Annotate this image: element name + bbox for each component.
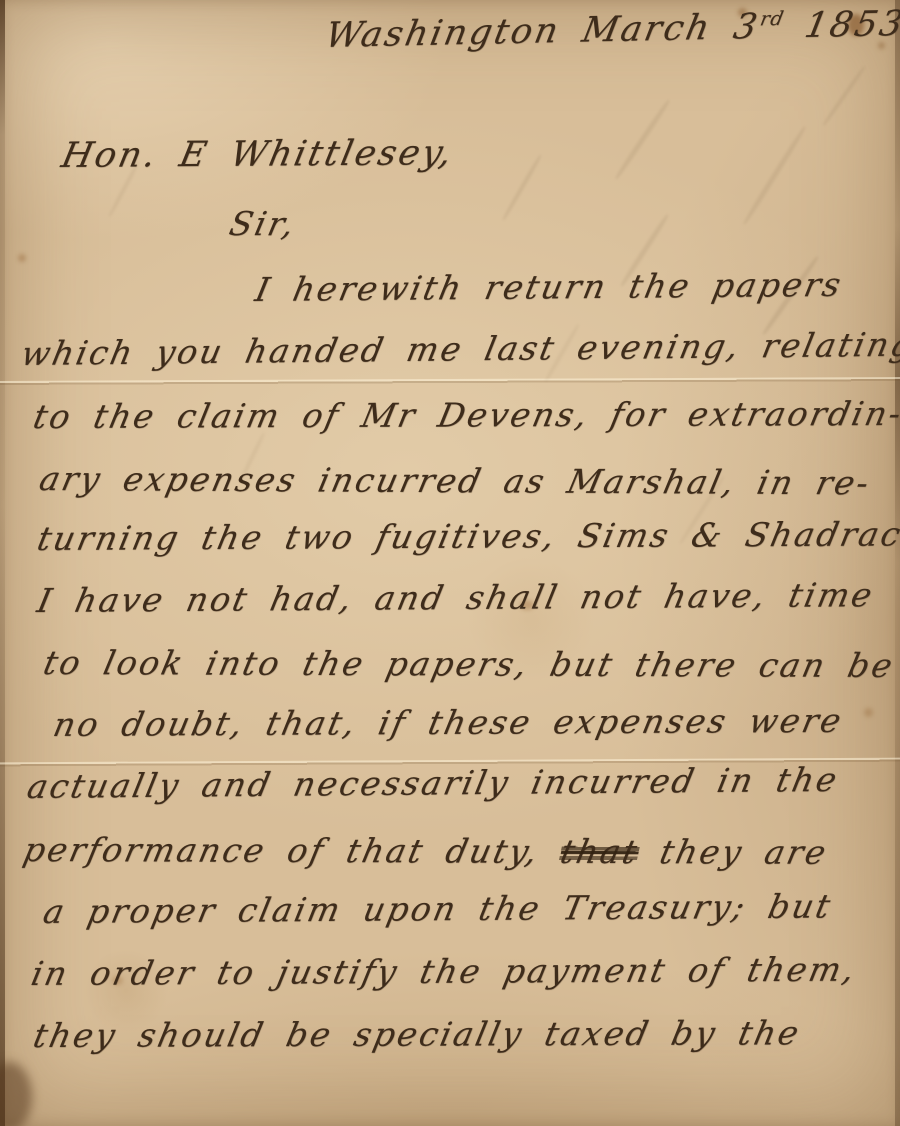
body-text: performance of that duty, bbox=[20, 830, 565, 871]
recipient-line: Hon. E Whittlesey, bbox=[58, 133, 458, 176]
body-line: ary expenses incurred as Marshal, in re- bbox=[36, 459, 875, 502]
date-year-text: 1853. bbox=[779, 4, 900, 47]
ink-bleed-mark bbox=[742, 125, 807, 225]
body-line: to the claim of Mr Devens, for extraordi… bbox=[30, 394, 900, 436]
scan-edge-right bbox=[895, 0, 900, 1126]
body-line: which you handed me last evening, relati… bbox=[18, 325, 900, 373]
salutation-line: Sir, bbox=[226, 204, 300, 243]
body-line-with-strikethrough: performance of that duty, that they are bbox=[20, 830, 832, 872]
ink-bleed-mark bbox=[822, 65, 867, 126]
age-spot bbox=[18, 254, 26, 262]
body-line: a proper claim upon the Treasury; but bbox=[40, 887, 836, 931]
body-line: actually and necessarily incurred in the bbox=[24, 760, 842, 806]
age-spot bbox=[0, 1062, 32, 1126]
body-line: I have not had, and shall not have, time bbox=[34, 575, 878, 620]
body-text: they are bbox=[634, 832, 831, 872]
ink-bleed-mark bbox=[614, 99, 671, 181]
body-line: no doubt, that, if these expenses were bbox=[50, 701, 847, 744]
body-line: turning the two fugitives, Sims & Shadra… bbox=[34, 514, 900, 558]
date-line: Washington March 3rd 1853. bbox=[322, 4, 900, 56]
body-line: to look into the papers, but there can b… bbox=[40, 643, 898, 685]
age-spot bbox=[864, 708, 873, 717]
body-line: in order to justify the payment of them, bbox=[28, 950, 860, 993]
scan-edge-left bbox=[0, 0, 5, 1126]
letter-page: Washington March 3rd 1853. Hon. E Whittl… bbox=[0, 0, 900, 1126]
date-place-text: Washington March 3 bbox=[322, 7, 763, 56]
body-line: I herewith return the papers bbox=[252, 265, 846, 309]
ink-bleed-mark bbox=[502, 154, 543, 221]
body-line: they should be specially taxed by the bbox=[30, 1013, 805, 1055]
fold-crease-upper bbox=[0, 377, 900, 386]
struck-word: that bbox=[557, 832, 643, 871]
